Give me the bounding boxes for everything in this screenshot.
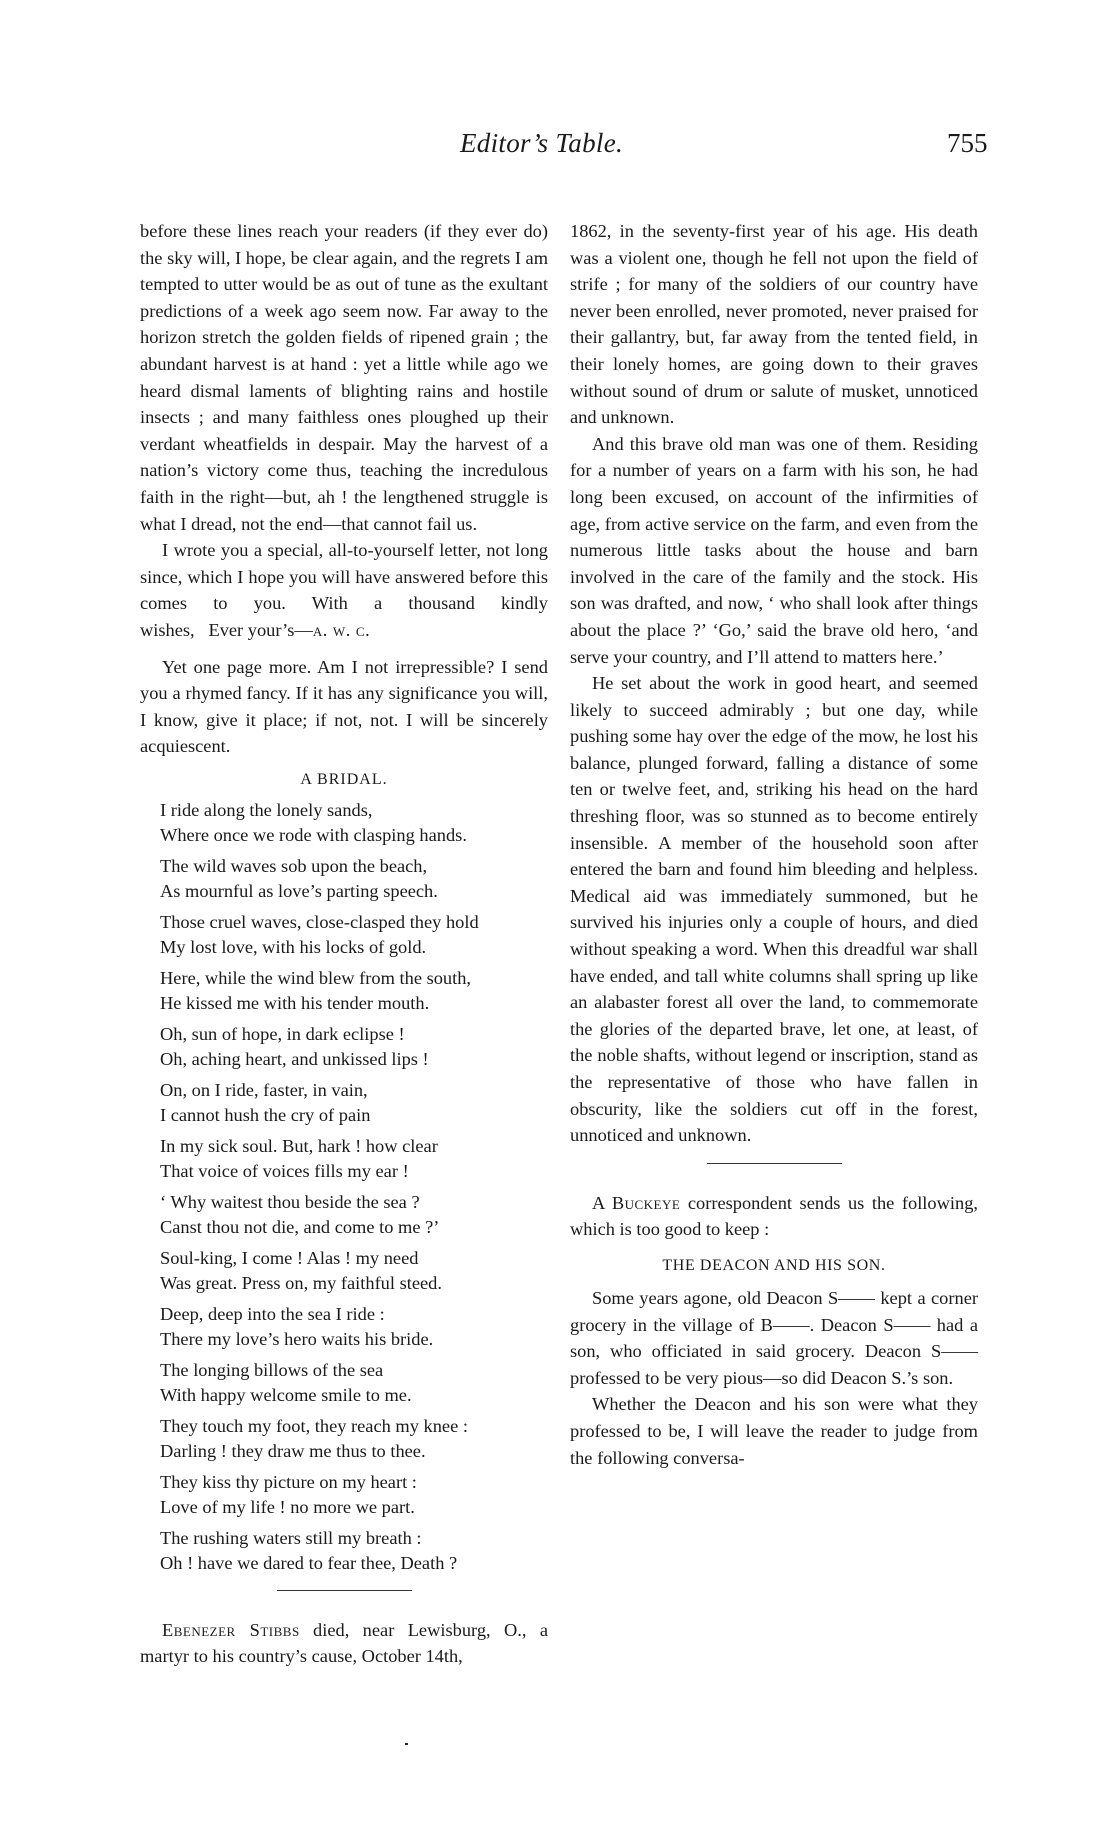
paragraph-accident: He set about the work in good heart, and… [570,670,978,1149]
paragraph-letter-continued: before these lines reach your readers (i… [140,218,548,537]
poem-stanza: Soul-king, I come ! Alas ! my needWas gr… [160,1246,548,1296]
paragraph-rhymed-fancy-intro: Yet one page more. Am I not irrepressibl… [140,654,548,760]
poem-line: There my love’s hero waits his bride. [160,1327,548,1352]
poem-stanza: I ride along the lonely sands,Where once… [160,798,548,848]
poem-line: Oh ! have we dared to fear thee, Death ? [160,1551,548,1576]
poem-stanza: The wild waves sob upon the beach,As mou… [160,854,548,904]
poem-line: Where once we rode with clasping hands. [160,823,548,848]
poem-stanza: The longing billows of the seaWith happy… [160,1358,548,1408]
poem-line: On, on I ride, faster, in vain, [160,1078,548,1103]
paragraph-letter-closing: I wrote you a special, all-to-yourself l… [140,537,548,643]
poem-line: They kiss thy picture on my heart : [160,1470,548,1495]
running-title: Editor’s Table. [460,128,623,159]
paragraph-deacon-conversation: Whether the Deacon and his son were what… [570,1391,978,1471]
poem-line: That voice of voices fills my ear ! [160,1159,548,1184]
story-title: THE DEACON AND HIS SON. [570,1253,978,1279]
obituary-name: Ebenezer Stibbs [162,1620,300,1640]
poem-line: Love of my life ! no more we part. [160,1495,548,1520]
left-column: before these lines reach your readers (i… [140,218,548,1670]
poem-line: I cannot hush the cry of pain [160,1103,548,1128]
section-divider [707,1163,842,1164]
paragraph-obituary-start: Ebenezer Stibbs died, near Lewisburg, O.… [140,1617,548,1670]
poem-stanza: On, on I ride, faster, in vain,I cannot … [160,1078,548,1128]
poem-line: In my sick soul. But, hark ! how clear [160,1134,548,1159]
poem-line: They touch my foot, they reach my knee : [160,1414,548,1439]
poem-line: He kissed me with his tender mouth. [160,991,548,1016]
poem-line: As mournful as love’s parting speech. [160,879,548,904]
intro-prefix: A [592,1193,612,1213]
poem-stanza: They touch my foot, they reach my knee :… [160,1414,548,1464]
poem-line: With happy welcome smile to me. [160,1383,548,1408]
poem-line: Here, while the wind blew from the south… [160,966,548,991]
page-number: 755 [947,128,988,159]
paragraph-deacon-intro: Some years agone, old Deacon S—— kept a … [570,1285,978,1391]
poem-line: Oh, sun of hope, in dark eclipse ! [160,1022,548,1047]
poem-line: Was great. Press on, my faithful steed. [160,1271,548,1296]
poem-line: I ride along the lonely sands, [160,798,548,823]
poem-line: Soul-king, I come ! Alas ! my need [160,1246,548,1271]
poem-line: Deep, deep into the sea I ride : [160,1302,548,1327]
poem-line: Canst thou not die, and come to me ?’ [160,1215,548,1240]
poem-title: A BRIDAL. [140,768,548,792]
section-divider [277,1590,412,1591]
poem-body: I ride along the lonely sands,Where once… [140,798,548,1576]
poem-stanza: Oh, sun of hope, in dark eclipse !Oh, ac… [160,1022,548,1072]
signoff: Ever your’s— [208,620,312,640]
page-header: Editor’s Table. 755 [0,128,1120,168]
poem-line: The rushing waters still my breath : [160,1526,548,1551]
poem-stanza: They kiss thy picture on my heart :Love … [160,1470,548,1520]
poem-stanza: ‘ Why waitest thou beside the sea ?Canst… [160,1190,548,1240]
poem-line: Those cruel waves, close-clasped they ho… [160,910,548,935]
poem-line: The longing billows of the sea [160,1358,548,1383]
right-column: 1862, in the seventy-first year of his a… [570,218,978,1471]
paragraph-obituary-continued: 1862, in the seventy-first year of his a… [570,218,978,431]
paragraph-buckeye-intro: A Buckeye correspondent sends us the fol… [570,1190,978,1243]
poem-stanza: The rushing waters still my breath :Oh !… [160,1526,548,1576]
paragraph-brave-old-man: And this brave old man was one of them. … [570,431,978,670]
signature-initials: a. w. c. [313,620,370,640]
poem-line: Oh, aching heart, and unkissed lips ! [160,1047,548,1072]
poem-stanza: Deep, deep into the sea I ride :There my… [160,1302,548,1352]
buckeye-smallcaps: Buckeye [612,1193,680,1213]
poem-line: Darling ! they draw me thus to thee. [160,1439,548,1464]
poem-line: ‘ Why waitest thou beside the sea ? [160,1190,548,1215]
poem-stanza: Those cruel waves, close-clasped they ho… [160,910,548,960]
poem-stanza: Here, while the wind blew from the south… [160,966,548,1016]
print-speck [405,1743,408,1745]
poem-stanza: In my sick soul. But, hark ! how clearTh… [160,1134,548,1184]
poem-line: My lost love, with his locks of gold. [160,935,548,960]
poem-line: The wild waves sob upon the beach, [160,854,548,879]
